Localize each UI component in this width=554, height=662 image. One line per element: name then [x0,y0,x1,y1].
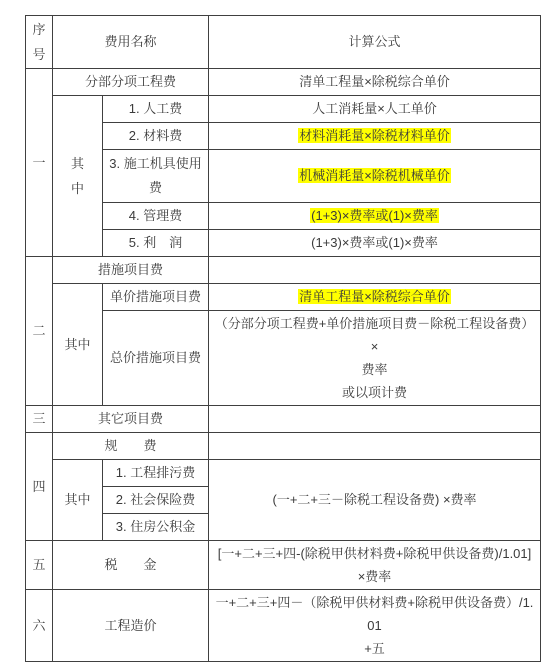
table-row: 二 措施项目费 [26,257,541,284]
header-serial-line2: 号 [29,42,49,67]
highlighted-formula: (1+3)×费率或(1)×费率 [310,208,439,223]
item-name: 4. 管理费 [103,203,209,230]
table-header-row: 序 号 费用名称 计算公式 [26,16,541,69]
formula-line: （分部分项工程费+单价措施项目费－除税工程设备费）× [212,312,537,358]
item-name: 1. 人工费 [103,96,209,123]
section2-group-formula [209,257,541,284]
header-serial-no: 序 号 [26,16,53,69]
item-name: 1. 工程排污费 [103,460,209,487]
section6-formula: 一+二+三+四－（除税甲供材料费+除税甲供设备费）/1.01 +五 [209,590,541,662]
highlighted-formula: 材料消耗量×除税材料单价 [298,128,451,143]
table-row: 五 税 金 [一+二+三+四-(除税甲供材料费+除税甲供设备费)/1.01] ×… [26,541,541,590]
item-name: 3. 施工机具使用费 [103,150,209,203]
section5-group-name: 税 金 [53,541,209,590]
item-name: 2. 社会保险费 [103,487,209,514]
table-row: 5. 利 润 (1+3)×费率或(1)×费率 [26,230,541,257]
item-formula: 人工消耗量×人工单价 [209,96,541,123]
section4-group-name: 规 费 [53,433,209,460]
sub-label-line2: 中 [56,176,99,201]
formula-line: 费率 [212,358,537,381]
document-page: 序 号 费用名称 计算公式 一 分部分项工程费 清单工程量×除税综合单价 其 中… [0,0,554,587]
section3-group-formula [209,406,541,433]
item-formula: 机械消耗量×除税机械单价 [209,150,541,203]
section1-group-name: 分部分项工程费 [53,69,209,96]
header-serial-line1: 序 [29,17,49,42]
section2-no: 二 [26,257,53,406]
highlighted-formula: 清单工程量×除税综合单价 [298,289,451,304]
item-name: 2. 材料费 [103,123,209,150]
table-row: 其中 1. 工程排污费 (一+二+三－除税工程设备费) ×费率 [26,460,541,487]
table-row: 总价措施项目费 （分部分项工程费+单价措施项目费－除税工程设备费）× 费率 或以… [26,311,541,406]
item-name: 5. 利 润 [103,230,209,257]
formula-line: ×费率 [212,565,537,588]
section5-no: 五 [26,541,53,590]
header-fee-name: 费用名称 [53,16,209,69]
section1-sub-label: 其 中 [53,96,103,257]
table-row: 其 中 1. 人工费 人工消耗量×人工单价 [26,96,541,123]
table-row: 2. 材料费 材料消耗量×除税材料单价 [26,123,541,150]
formula-line: +五 [212,637,537,660]
highlighted-formula: 机械消耗量×除税机械单价 [298,168,451,183]
section4-no: 四 [26,433,53,541]
section1-no: 一 [26,69,53,257]
item-formula: （分部分项工程费+单价措施项目费－除税工程设备费）× 费率 或以项计费 [209,311,541,406]
table-row: 三 其它项目费 [26,406,541,433]
header-formula: 计算公式 [209,16,541,69]
section3-no: 三 [26,406,53,433]
section2-group-name: 措施项目费 [53,257,209,284]
formula-line: [一+二+三+四-(除税甲供材料费+除税甲供设备费)/1.01] [212,542,537,565]
table-row: 4. 管理费 (1+3)×费率或(1)×费率 [26,203,541,230]
item-name: 3. 住房公积金 [103,514,209,541]
sub-label-line1: 其 [56,151,99,176]
section3-group-name: 其它项目费 [53,406,209,433]
section2-sub-label: 其中 [53,284,103,406]
table-row: 3. 施工机具使用费 机械消耗量×除税机械单价 [26,150,541,203]
table-row: 一 分部分项工程费 清单工程量×除税综合单价 [26,69,541,96]
item-name: 总价措施项目费 [103,311,209,406]
table-row: 六 工程造价 一+二+三+四－（除税甲供材料费+除税甲供设备费）/1.01 +五 [26,590,541,662]
section6-group-name: 工程造价 [53,590,209,662]
cost-formula-table: 序 号 费用名称 计算公式 一 分部分项工程费 清单工程量×除税综合单价 其 中… [25,15,541,662]
table-row: 其中 单价措施项目费 清单工程量×除税综合单价 [26,284,541,311]
item-name: 单价措施项目费 [103,284,209,311]
formula-line: 或以项计费 [212,381,537,404]
table-row: 四 规 费 [26,433,541,460]
item-formula: (1+3)×费率或(1)×费率 [209,230,541,257]
section5-formula: [一+二+三+四-(除税甲供材料费+除税甲供设备费)/1.01] ×费率 [209,541,541,590]
section4-group-formula [209,433,541,460]
section1-group-formula: 清单工程量×除税综合单价 [209,69,541,96]
section4-sub-label: 其中 [53,460,103,541]
formula-line: 一+二+三+四－（除税甲供材料费+除税甲供设备费）/1.01 [212,591,537,637]
section6-no: 六 [26,590,53,662]
item-formula: 材料消耗量×除税材料单价 [209,123,541,150]
item-formula: 清单工程量×除税综合单价 [209,284,541,311]
item-formula: (1+3)×费率或(1)×费率 [209,203,541,230]
section4-shared-formula: (一+二+三－除税工程设备费) ×费率 [209,460,541,541]
